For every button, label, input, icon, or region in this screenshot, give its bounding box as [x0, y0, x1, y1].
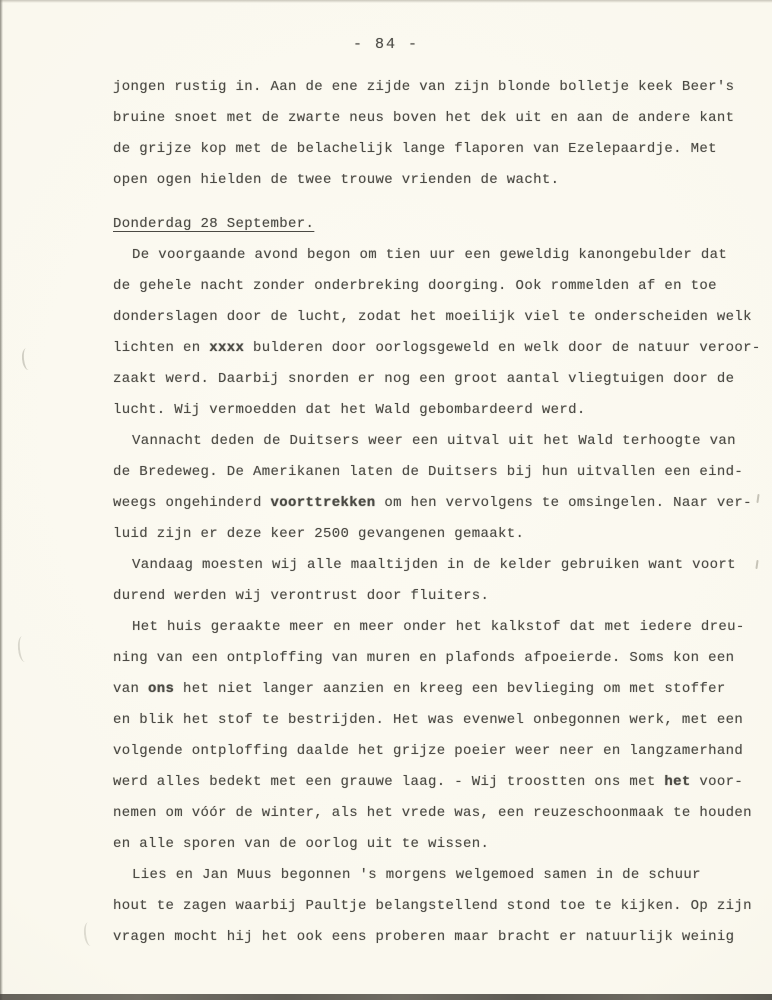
text-line: van ons het niet langer aanzien en kreeg…: [113, 674, 753, 705]
margin-smudge: [83, 921, 96, 946]
text-body: jongen rustig in. Aan de ene zijde van z…: [113, 72, 753, 953]
text-line: luid zijn er deze keer 2500 gevangenen g…: [113, 519, 753, 550]
scan-edge-top: [0, 0, 772, 3]
document-page: - 84 - jongen rustig in. Aan de ene zijd…: [0, 0, 772, 1000]
margin-smudge: [21, 347, 34, 370]
text-line: Vandaag moesten wij alle maaltijden in d…: [113, 550, 753, 581]
text-line: De voorgaande avond begon om tien uur ee…: [113, 240, 753, 271]
margin-smudge: [17, 635, 31, 662]
text-line: bruine snoet met de zwarte neus boven he…: [113, 103, 753, 134]
text-line: de gehele nacht zonder onderbreking door…: [113, 271, 753, 302]
text-line: Vannacht deden de Duitsers weer een uitv…: [113, 426, 753, 457]
text-line: Lies en Jan Muus begonnen 's morgens wel…: [113, 860, 753, 891]
text-line: weegs ongehinderd voorttrekken om hen ve…: [113, 488, 753, 519]
text-line: de grijze kop met de belachelijk lange f…: [113, 134, 753, 165]
text-line: durend werden wij verontrust door fluite…: [113, 581, 753, 612]
text-line: hout te zagen waarbij Paultje belangstel…: [113, 891, 753, 922]
text-line: Het huis geraakte meer en meer onder het…: [113, 612, 753, 643]
section-heading: Donderdag 28 September.: [113, 209, 753, 240]
text-line: de Bredeweg. De Amerikanen laten de Duit…: [113, 457, 753, 488]
scan-edge-bottom: [0, 994, 772, 1000]
text-line: nemen om vóór de winter, als het vrede w…: [113, 798, 753, 829]
margin-tick: [755, 560, 758, 569]
text-line: zaakt werd. Daarbij snorden er nog een g…: [113, 364, 753, 395]
text-line: lucht. Wij vermoedden dat het Wald gebom…: [113, 395, 753, 426]
text-line: ning van een ontploffing van muren en pl…: [113, 643, 753, 674]
text-line: en blik het stof te bestrijden. Het was …: [113, 705, 753, 736]
text-line: werd alles bedekt met een grauwe laag. -…: [113, 767, 753, 798]
margin-tick: [756, 494, 759, 503]
text-line: jongen rustig in. Aan de ene zijde van z…: [113, 72, 753, 103]
text-line: vragen mocht hij het ook eens proberen m…: [113, 922, 753, 953]
text-line: donderslagen door de lucht, zodat het mo…: [113, 302, 753, 333]
page-number: - 84 -: [0, 36, 772, 53]
text-line: volgende ontploffing daalde het grijze p…: [113, 736, 753, 767]
text-line: en alle sporen van de oorlog uit te wiss…: [113, 829, 753, 860]
text-line: open ogen hielden de twee trouwe vriende…: [113, 165, 753, 196]
text-line: lichten en xxxx bulderen door oorlogsgew…: [113, 333, 753, 364]
scan-edge-left: [0, 0, 3, 1000]
